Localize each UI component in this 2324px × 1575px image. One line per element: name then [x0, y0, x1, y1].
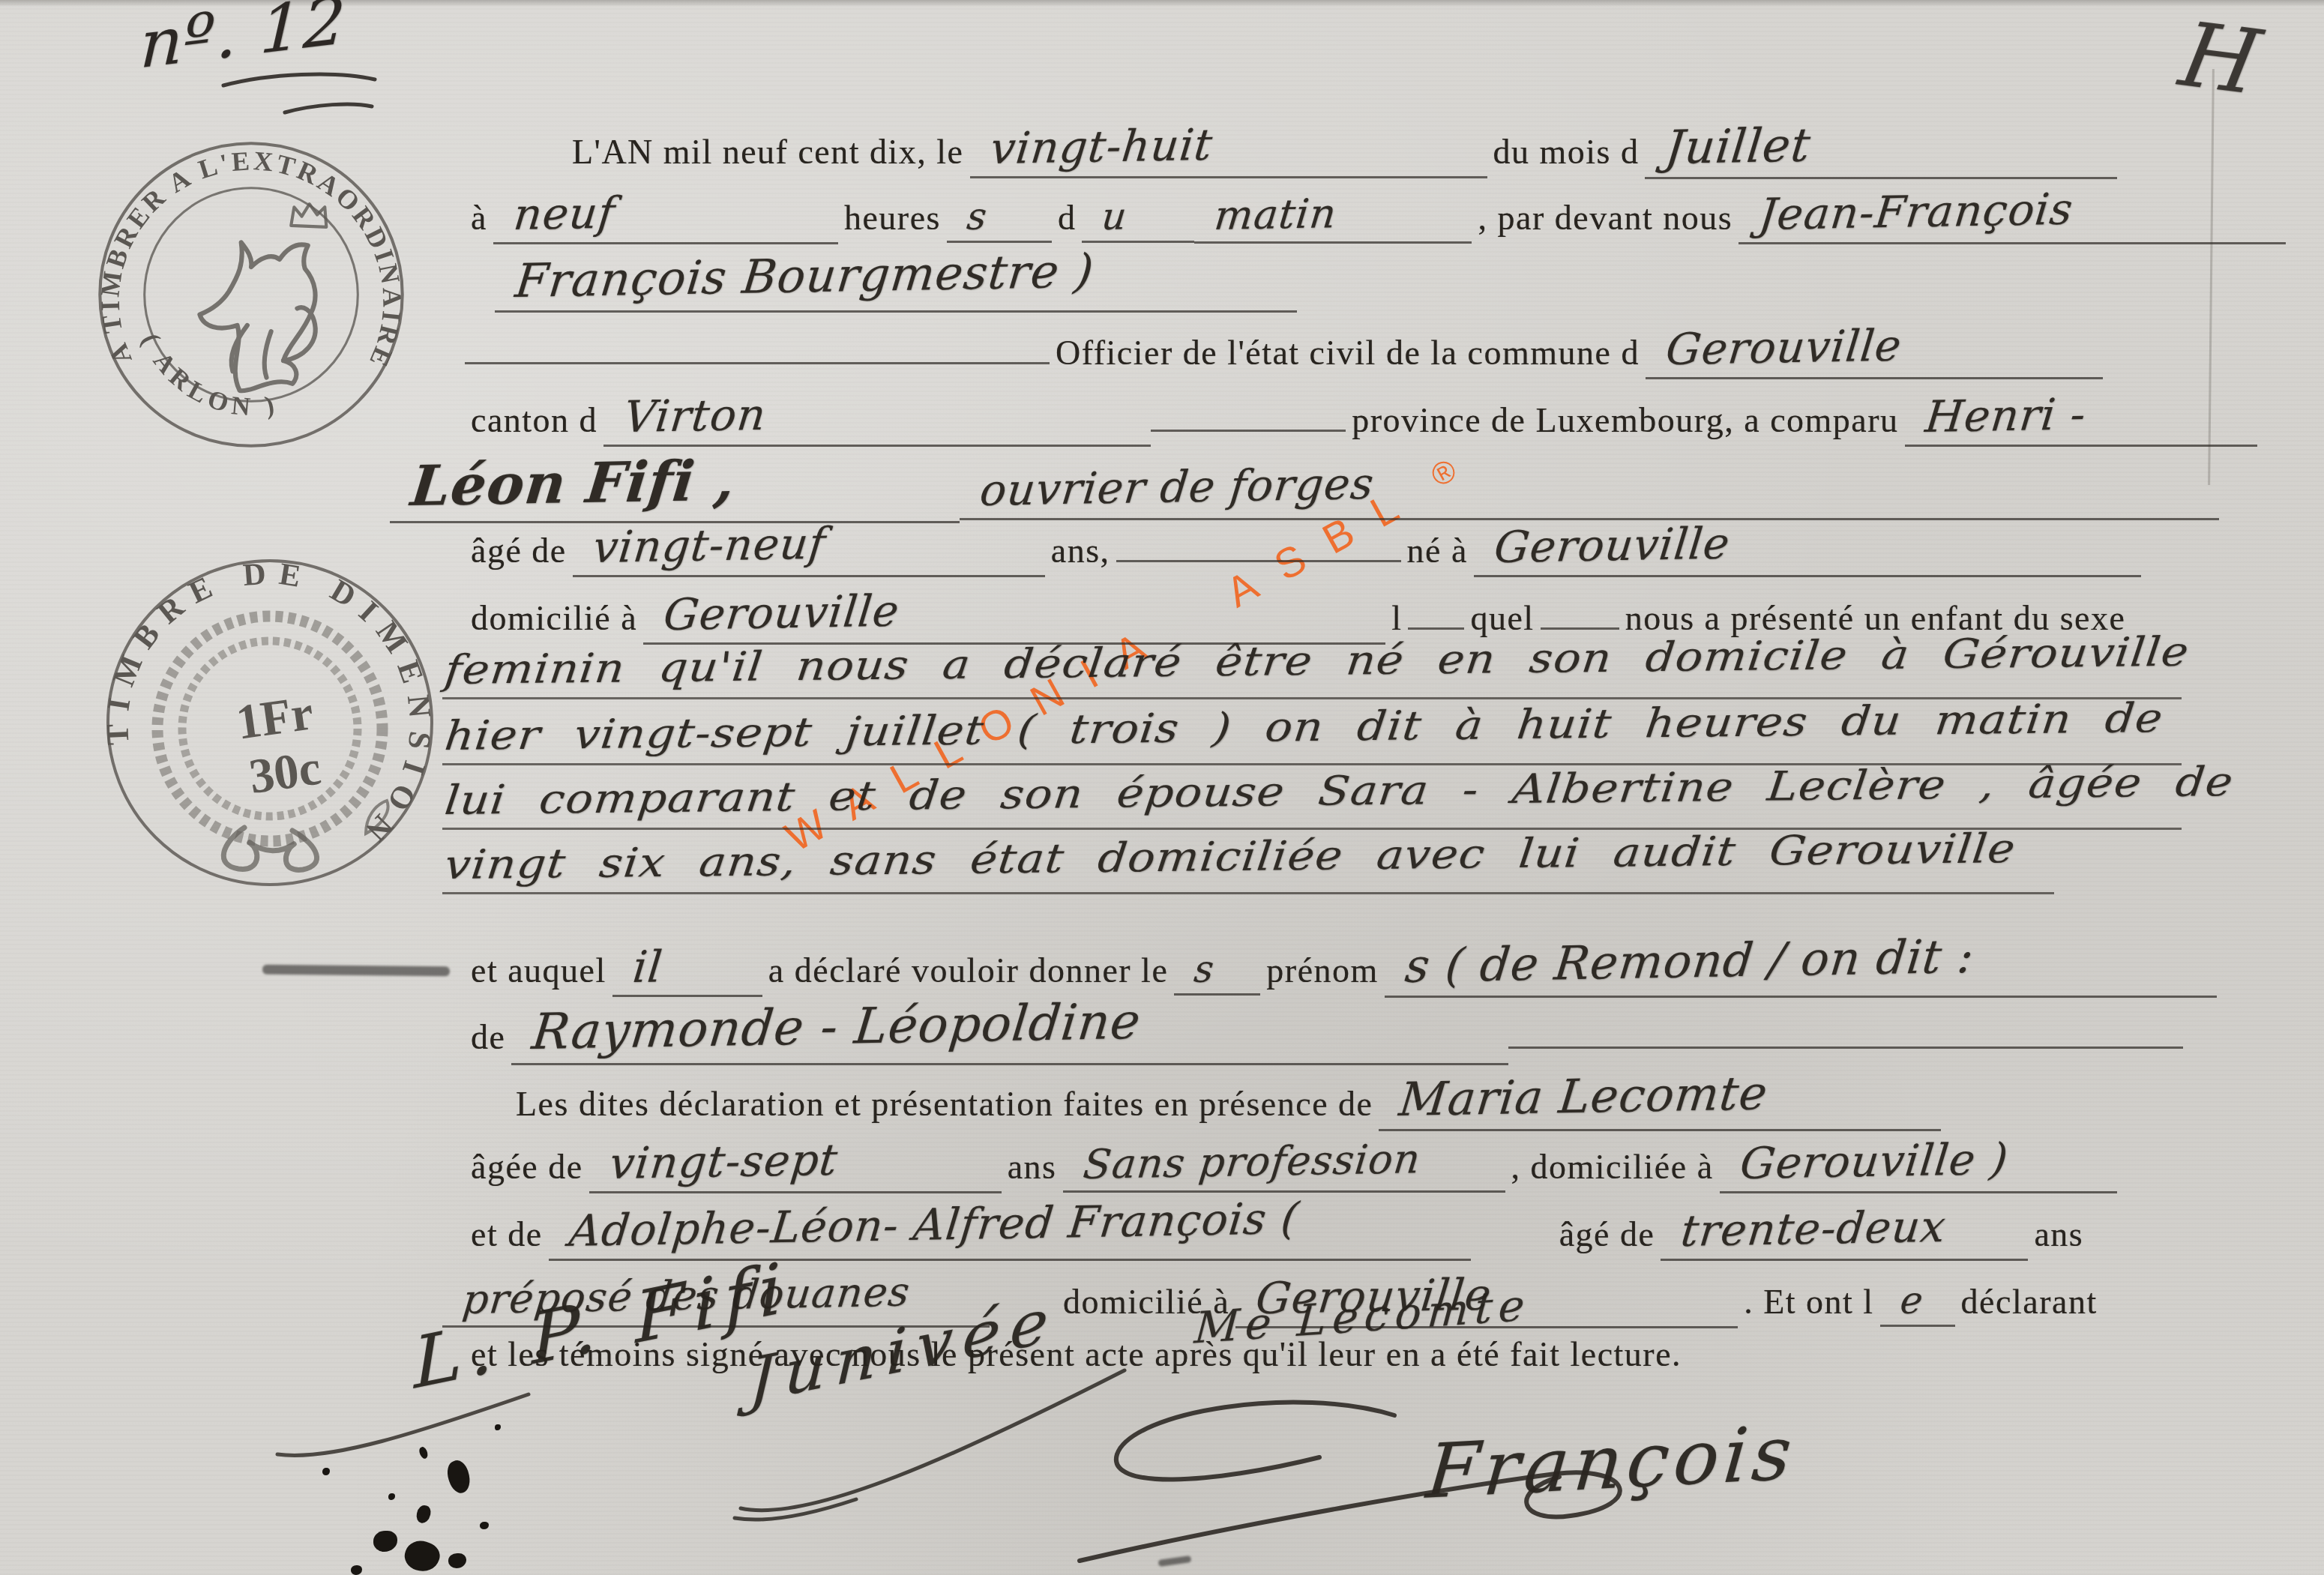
- hand-block-line-4: vingt six ans, sans état domiciliée avec…: [442, 841, 2054, 894]
- hand-block-line-1: feminin qu'il nous a déclaré être né en …: [442, 646, 2182, 699]
- printed-text: âgée de: [465, 1147, 589, 1187]
- ink-blot: [351, 1565, 362, 1575]
- printed-text: et auquel: [465, 951, 612, 990]
- ink-blot: [415, 1504, 433, 1524]
- entry-firstname-correction: s ( de Remond / on dit :: [1385, 939, 2217, 998]
- blank-rule: [1151, 421, 1346, 432]
- line-year-day: L'AN mil neuf cent dix, le vingt-huit du…: [566, 120, 2117, 179]
- entry-declarant-surname: Léon Fifi ,: [390, 454, 960, 523]
- printed-text: et de: [465, 1214, 549, 1254]
- entry-witness1-age: vingt-sept: [589, 1138, 1002, 1193]
- printed-text: heures: [838, 198, 947, 238]
- entry-hour: neuf: [493, 189, 838, 244]
- entry-witness1-name: Maria Lecomte: [1379, 1072, 1941, 1131]
- printed-text: ans: [1002, 1147, 1063, 1187]
- stamp-value: 1Fr 30c: [233, 685, 325, 805]
- ink-blot: [480, 1522, 489, 1529]
- ink-blot: [373, 1531, 397, 1552]
- printed-text: l: [1385, 598, 1408, 638]
- scan-edge: [0, 0, 2324, 7]
- signature-officer-swash: [1072, 1372, 1717, 1574]
- printed-text: province de Luxembourg, a comparu: [1346, 400, 1904, 440]
- entry-plural-s: s: [947, 195, 1052, 243]
- hand-block-line-2: hier vingt-sept juillet ( trois ) on dit…: [442, 712, 2182, 765]
- line-canton: canton d Virton province de Luxembourg, …: [465, 391, 2257, 447]
- entry-canton: Virton: [603, 391, 1151, 447]
- entry-declarant-birthplace: Gerouville: [1474, 522, 2141, 577]
- arlon-tax-stamp: A TIMBRER A L'EXTRAORDINAIRE ( ARLON ): [90, 133, 412, 456]
- printed-text: d: [1052, 198, 1083, 238]
- line-declarant-age: âgé de vingt-neuf ans, né à Gerouville: [465, 522, 2141, 577]
- birth-certificate-document: nº. 12 H A TIMBRER A L'EXTRAORDINAIRE ( …: [0, 0, 2324, 1575]
- printed-text: déclarant: [1955, 1282, 2104, 1322]
- entry-il: il: [612, 942, 762, 997]
- entry-le: e: [1880, 1279, 1955, 1327]
- printed-text: domicilié à: [465, 598, 643, 638]
- entry-child-names: Raymonde - Léopoldine: [511, 1003, 1508, 1065]
- entry-declarant-age: vingt-neuf: [573, 522, 1045, 577]
- printed-text: L'AN mil neuf cent dix, le: [566, 132, 970, 172]
- lion-rampant-icon: [199, 204, 326, 391]
- printed-text: âgé de: [1553, 1214, 1661, 1254]
- printed-text: ans,: [1045, 531, 1116, 570]
- stamp-value-francs: 1Fr: [233, 685, 317, 750]
- ink-smudge: [262, 965, 450, 977]
- blank-rule: [1541, 618, 1619, 630]
- entry-day: vingt-huit: [970, 123, 1487, 178]
- printed-text: à: [465, 198, 493, 238]
- stamp-value-centimes: 30c: [246, 741, 325, 805]
- printed-text: de: [465, 1017, 511, 1057]
- printed-text: a déclaré vouloir donner le: [762, 951, 1175, 990]
- blank-rule: [1508, 1038, 2183, 1049]
- line-witness1-age: âgée de vingt-sept ans Sans profession ,…: [465, 1138, 2117, 1193]
- entry-commune: Gerouville: [1646, 324, 2103, 379]
- entry-witness2-name: Adolphe-Léon- Alfred François (: [549, 1205, 1471, 1261]
- blank-rule: [1116, 551, 1401, 562]
- ink-blot: [401, 1537, 443, 1575]
- dimension-stamp: TIMBRE DE DIMENSION 1Fr 30c: [103, 556, 437, 890]
- hand-block-line-3: lui comparant et de son épouse Sara - Al…: [442, 777, 2182, 830]
- printed-text: canton d: [465, 400, 603, 440]
- ink-blot: [448, 1553, 466, 1568]
- printed-text: Officier de l'état civil de la commune d: [1050, 333, 1646, 373]
- line-declarant-name: Léon Fifi , ouvrier de forges: [390, 454, 2219, 523]
- ink-blot: [388, 1493, 395, 1500]
- printed-text: né à: [1401, 531, 1474, 570]
- printed-text: quel: [1464, 598, 1540, 638]
- entry-declarant-profession: ouvrier de forges: [960, 465, 2219, 520]
- line-commune: Officier de l'état civil de la commune d…: [465, 324, 2103, 379]
- stamp-arlon-text: ( ARLON ): [136, 329, 281, 422]
- entry-du: u: [1082, 195, 1194, 243]
- printed-text: Les dites déclaration et présentation fa…: [510, 1084, 1379, 1124]
- printed-text: ans: [2028, 1214, 2089, 1254]
- printed-text: , par devant nous: [1472, 198, 1739, 238]
- entry-plural-s: s: [1174, 948, 1260, 996]
- entry-witness1-domicile: Gerouville ): [1720, 1138, 2117, 1193]
- blank-rule: [465, 353, 1050, 364]
- line-officer-name: François Bourgmestre ): [495, 253, 1297, 313]
- entry-officer-firstname: Jean-François: [1739, 189, 2286, 244]
- svg-text:( ARLON ): ( ARLON ): [136, 329, 281, 422]
- printed-text: . Et ont l: [1738, 1282, 1879, 1322]
- printed-text: prénom: [1260, 951, 1385, 990]
- entry-declarant-firstname: Henri -: [1905, 391, 2257, 447]
- blank-rule: [1408, 618, 1464, 630]
- line-child-names: de Raymonde - Léopoldine: [465, 1003, 2183, 1065]
- line-hour: à neuf heures s d u matin , par devant n…: [465, 189, 2286, 244]
- line-given-names: et auquel il a déclaré vouloir donner le…: [465, 939, 2217, 998]
- printed-text: âgé de: [465, 531, 573, 570]
- act-number-underline-flourish: [216, 69, 388, 125]
- entry-month: Juillet: [1645, 120, 2117, 179]
- line-witness2: et de Adolphe-Léon- Alfred François ( âg…: [465, 1205, 2089, 1261]
- printed-text: du mois d: [1487, 132, 1646, 172]
- line-witness1: Les dites déclaration et présentation fa…: [510, 1072, 1941, 1131]
- entry-matin: matin: [1194, 192, 1472, 244]
- ink-blot: [322, 1468, 330, 1475]
- entry-officer-surname-title: François Bourgmestre ): [495, 253, 1297, 313]
- entry-declarant-domicile: Gerouville: [643, 589, 1385, 645]
- entry-witness1-profession: Sans profession: [1063, 1141, 1505, 1193]
- entry-witness2-age: trente-deux: [1661, 1205, 2028, 1261]
- corner-paraph: H: [2173, 2, 2269, 115]
- printed-text: , domiciliée à: [1505, 1147, 1720, 1187]
